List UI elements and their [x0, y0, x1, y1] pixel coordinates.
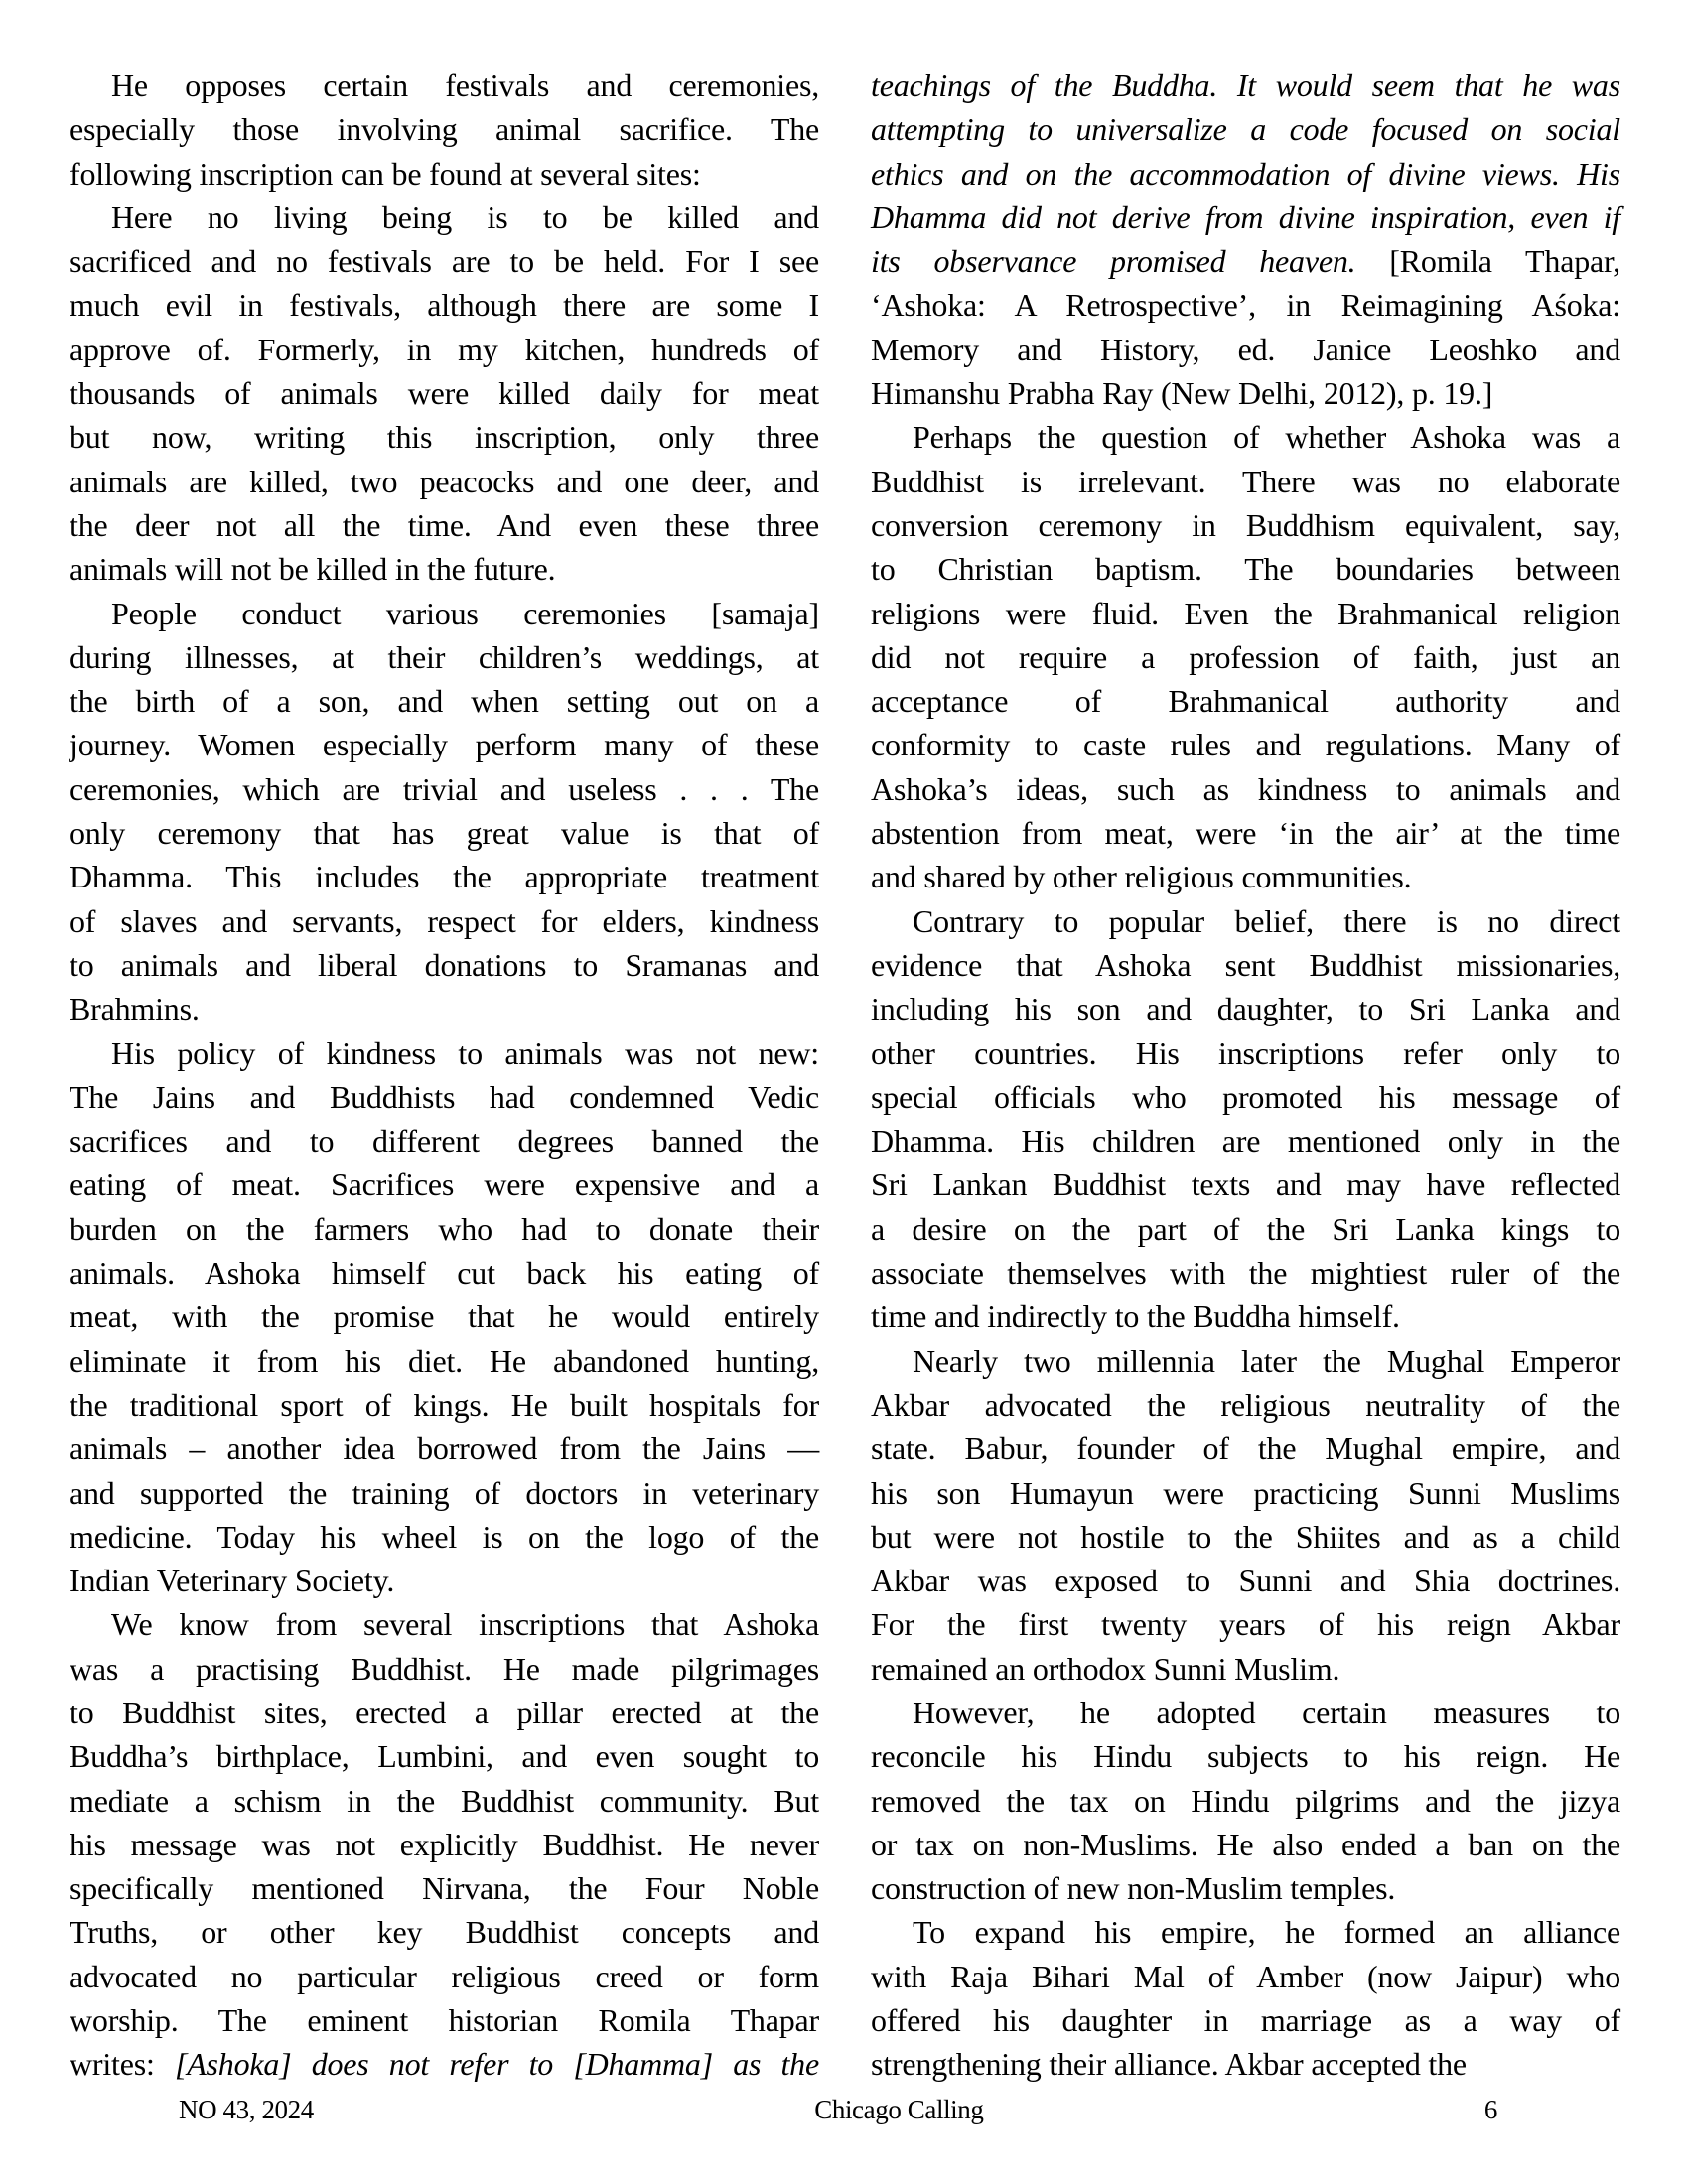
text-segment: but now, writing this inscription, only … [70, 419, 819, 455]
text-line: the deer not all the time. And even thes… [70, 503, 819, 547]
text-segment: The Jains and Buddhists had condemned Ve… [70, 1079, 819, 1115]
text-segment: worship. The eminent historian Romila Th… [70, 2002, 819, 2038]
text-line: journey. Women especially perform many o… [70, 723, 819, 766]
text-line: The Jains and Buddhists had condemned Ve… [70, 1075, 819, 1119]
text-line: only ceremony that has great value is th… [70, 811, 819, 855]
text-segment: ‘Ashoka: A Retrospective’, in Reimaginin… [871, 287, 1620, 323]
text-segment: Perhaps the question of whether Ashoka w… [913, 419, 1620, 455]
text-segment: conversion ceremony in Buddhism equivale… [871, 507, 1620, 543]
footer-publication-title: Chicago Calling [814, 2095, 983, 2125]
text-segment: Brahmins. [70, 991, 200, 1026]
text-line: We know from several inscriptions that A… [70, 1602, 819, 1646]
text-line: and supported the training of doctors in… [70, 1471, 819, 1515]
text-line: attempting to universalize a code focuse… [871, 107, 1620, 151]
text-line: but now, writing this inscription, only … [70, 415, 819, 459]
text-line: Sri Lankan Buddhist texts and may have r… [871, 1162, 1620, 1206]
text-line: abstention from meat, were ‘in the air’ … [871, 811, 1620, 855]
text-line: animals are killed, two peacocks and one… [70, 460, 819, 503]
text-line: Brahmins. [70, 987, 819, 1030]
text-line: teachings of the Buddha. It would seem t… [871, 64, 1620, 107]
text-segment: ceremonies, which are trivial and useles… [70, 771, 819, 807]
text-segment: during illnesses, at their children’s we… [70, 639, 819, 675]
text-line: Dhamma. His children are mentioned only … [871, 1119, 1620, 1162]
text-segment: Memory and History, ed. Janice Leoshko a… [871, 332, 1620, 367]
text-line: Nearly two millennia later the Mughal Em… [871, 1339, 1620, 1383]
text-line: but were not hostile to the Shiites and … [871, 1515, 1620, 1559]
text-line: associate themselves with the mightiest … [871, 1251, 1620, 1295]
text-line: or tax on non-Muslims. He also ended a b… [871, 1823, 1620, 1866]
text-line: sacrificed and no festivals are to be he… [70, 239, 819, 283]
text-line: Dhamma. This includes the appropriate tr… [70, 855, 819, 898]
text-segment: animals – another idea borrowed from the… [70, 1431, 819, 1466]
text-segment: remained an orthodox Sunni Muslim. [871, 1651, 1339, 1687]
text-segment: People conduct various ceremonies [samaj… [111, 596, 819, 631]
text-line: thousands of animals were killed daily f… [70, 371, 819, 415]
text-segment: to Buddhist sites, erected a pillar erec… [70, 1695, 819, 1730]
text-line: to Christian baptism. The boundaries bet… [871, 547, 1620, 591]
text-line: animals – another idea borrowed from the… [70, 1427, 819, 1470]
text-line: time and indirectly to the Buddha himsel… [871, 1295, 1620, 1338]
text-line: eliminate it from his diet. He abandoned… [70, 1339, 819, 1383]
text-segment: Nearly two millennia later the Mughal Em… [913, 1343, 1620, 1379]
text-segment: Himanshu Prabha Ray (New Delhi, 2012), p… [871, 375, 1492, 411]
text-segment: was a practising Buddhist. He made pilgr… [70, 1651, 819, 1687]
text-line: his message was not explicitly Buddhist.… [70, 1823, 819, 1866]
text-segment: meat, with the promise that he would ent… [70, 1298, 819, 1334]
text-line: mediate a schism in the Buddhist communi… [70, 1779, 819, 1823]
text-line: a desire on the part of the Sri Lanka ki… [871, 1207, 1620, 1251]
text-segment: Buddhist is irrelevant. There was no ela… [871, 464, 1620, 499]
text-line: medicine. Today his wheel is on the logo… [70, 1515, 819, 1559]
text-segment: acceptance of Brahmanical authority and [871, 683, 1620, 719]
text-segment: and shared by other religious communitie… [871, 859, 1411, 894]
text-line: conformity to caste rules and regulation… [871, 723, 1620, 766]
text-segment: animals are killed, two peacocks and one… [70, 464, 819, 499]
text-segment: sacrificed and no festivals are to be he… [70, 243, 819, 279]
text-line: animals will not be killed in the future… [70, 547, 819, 591]
text-line: offered his daughter in marriage as a wa… [871, 1998, 1620, 2042]
text-segment: especially those involving animal sacrif… [70, 111, 819, 147]
text-line: writes: [Ashoka] does not refer to [Dham… [70, 2042, 819, 2086]
text-line: including his son and daughter, to Sri L… [871, 987, 1620, 1030]
text-line: especially those involving animal sacrif… [70, 107, 819, 151]
text-segment: offered his daughter in marriage as a wa… [871, 2002, 1620, 2038]
text-line: was a practising Buddhist. He made pilgr… [70, 1647, 819, 1691]
text-line: its observance promised heaven. [Romila … [871, 239, 1620, 283]
text-line: the traditional sport of kings. He built… [70, 1383, 819, 1427]
text-line: Memory and History, ed. Janice Leoshko a… [871, 328, 1620, 371]
text-segment: including his son and daughter, to Sri L… [871, 991, 1620, 1026]
text-segment: only ceremony that has great value is th… [70, 815, 819, 851]
text-line: He opposes certain festivals and ceremon… [70, 64, 819, 107]
text-line: ‘Ashoka: A Retrospective’, in Reimaginin… [871, 283, 1620, 327]
italic-text-segment: attempting to universalize a code focuse… [871, 111, 1620, 147]
text-segment: Dhamma. This includes the appropriate tr… [70, 859, 819, 894]
text-line: other countries. His inscriptions refer … [871, 1031, 1620, 1075]
text-line: Buddhist is irrelevant. There was no ela… [871, 460, 1620, 503]
text-line: To expand his empire, he formed an allia… [871, 1910, 1620, 1954]
text-line: Himanshu Prabha Ray (New Delhi, 2012), p… [871, 371, 1620, 415]
text-segment: eliminate it from his diet. He abandoned… [70, 1343, 819, 1379]
text-line: Dhamma did not derive from divine inspir… [871, 196, 1620, 239]
text-line: evidence that Ashoka sent Buddhist missi… [871, 943, 1620, 987]
text-line: following inscription can be found at se… [70, 152, 819, 196]
text-line: worship. The eminent historian Romila Th… [70, 1998, 819, 2042]
text-line: remained an orthodox Sunni Muslim. [871, 1647, 1620, 1691]
text-segment: did not require a profession of faith, j… [871, 639, 1620, 675]
text-segment: mediate a schism in the Buddhist communi… [70, 1783, 819, 1819]
text-segment: time and indirectly to the Buddha himsel… [871, 1298, 1400, 1334]
text-line: state. Babur, founder of the Mughal empi… [871, 1427, 1620, 1470]
text-line: much evil in festivals, although there a… [70, 283, 819, 327]
text-line: reconcile his Hindu subjects to his reig… [871, 1734, 1620, 1778]
text-segment: the traditional sport of kings. He built… [70, 1387, 819, 1423]
text-segment: state. Babur, founder of the Mughal empi… [871, 1431, 1620, 1466]
text-line: meat, with the promise that he would ent… [70, 1295, 819, 1338]
italic-text-segment: [Ashoka] does not refer to [Dhamma] as t… [175, 2046, 819, 2082]
text-line: Akbar advocated the religious neutrality… [871, 1383, 1620, 1427]
italic-text-segment: ethics and on the accommodation of divin… [871, 156, 1620, 192]
text-segment: removed the tax on Hindu pilgrims and th… [871, 1783, 1620, 1819]
text-segment: the deer not all the time. And even thes… [70, 507, 819, 543]
text-line: For the first twenty years of his reign … [871, 1602, 1620, 1646]
text-line: strengthening their alliance. Akbar acce… [871, 2042, 1620, 2086]
text-segment: his message was not explicitly Buddhist.… [70, 1827, 819, 1862]
text-segment: animals will not be killed in the future… [70, 551, 555, 587]
text-segment: Indian Veterinary Society. [70, 1563, 394, 1598]
text-line: construction of new non-Muslim temples. [871, 1866, 1620, 1910]
text-segment: specifically mentioned Nirvana, the Four… [70, 1870, 819, 1906]
text-line: ethics and on the accommodation of divin… [871, 152, 1620, 196]
text-line: Here no living being is to be killed and [70, 196, 819, 239]
text-line: acceptance of Brahmanical authority and [871, 679, 1620, 723]
text-line: Buddha’s birthplace, Lumbini, and even s… [70, 1734, 819, 1778]
text-line: His policy of kindness to animals was no… [70, 1031, 819, 1075]
page-footer: NO 43, 2024 Chicago Calling 6 [179, 2095, 1497, 2125]
text-segment: To expand his empire, he formed an allia… [913, 1914, 1620, 1950]
text-line: Ashoka’s ideas, such as kindness to anim… [871, 767, 1620, 811]
left-column: He opposes certain festivals and ceremon… [70, 64, 819, 2087]
footer-page-number: 6 [1484, 2095, 1497, 2125]
text-line: Contrary to popular belief, there is no … [871, 899, 1620, 943]
text-segment: or tax on non-Muslims. He also ended a b… [871, 1827, 1620, 1862]
text-segment: approve of. Formerly, in my kitchen, hun… [70, 332, 819, 367]
text-line: Indian Veterinary Society. [70, 1559, 819, 1602]
text-line: the birth of a son, and when setting out… [70, 679, 819, 723]
text-line: sacrifices and to different degrees bann… [70, 1119, 819, 1162]
text-segment: He opposes certain festivals and ceremon… [111, 68, 819, 103]
text-segment: the birth of a son, and when setting out… [70, 683, 819, 719]
text-segment: Dhamma. His children are mentioned only … [871, 1123, 1620, 1159]
text-segment: and supported the training of doctors in… [70, 1475, 819, 1511]
text-line: special officials who promoted his messa… [871, 1075, 1620, 1119]
text-segment: but were not hostile to the Shiites and … [871, 1519, 1620, 1555]
text-segment: advocated no particular religious creed … [70, 1959, 819, 1994]
text-line: People conduct various ceremonies [samaj… [70, 592, 819, 635]
text-line: to animals and liberal donations to Sram… [70, 943, 819, 987]
text-line: and shared by other religious communitie… [871, 855, 1620, 898]
italic-text-segment: teachings of the Buddha. It would seem t… [871, 68, 1620, 103]
text-line: during illnesses, at their children’s we… [70, 635, 819, 679]
text-segment: burden on the farmers who had to donate … [70, 1211, 819, 1247]
document-page: He opposes certain festivals and ceremon… [0, 0, 1688, 2184]
text-segment: However, he adopted certain measures to [913, 1695, 1620, 1730]
text-segment: For the first twenty years of his reign … [871, 1606, 1620, 1642]
footer-issue-number: NO 43, 2024 [179, 2095, 314, 2125]
text-segment: special officials who promoted his messa… [871, 1079, 1620, 1115]
text-segment: following inscription can be found at se… [70, 156, 701, 192]
text-segment: reconcile his Hindu subjects to his reig… [871, 1738, 1620, 1774]
text-segment: abstention from meat, were ‘in the air’ … [871, 815, 1620, 851]
text-segment: eating of meat. Sacrifices were expensiv… [70, 1166, 819, 1202]
right-column: teachings of the Buddha. It would seem t… [871, 64, 1620, 2087]
italic-text-segment: Dhamma did not derive from divine inspir… [871, 200, 1620, 235]
text-line: advocated no particular religious creed … [70, 1955, 819, 1998]
text-segment: construction of new non-Muslim temples. [871, 1870, 1395, 1906]
text-line: to Buddhist sites, erected a pillar erec… [70, 1691, 819, 1734]
text-segment: Truths, or other key Buddhist concepts a… [70, 1914, 819, 1950]
text-segment: a desire on the part of the Sri Lanka ki… [871, 1211, 1620, 1247]
text-segment: sacrifices and to different degrees bann… [70, 1123, 819, 1159]
text-line: eating of meat. Sacrifices were expensiv… [70, 1162, 819, 1206]
italic-text-segment: its observance promised heaven. [871, 243, 1355, 279]
text-segment: Contrary to popular belief, there is no … [913, 903, 1620, 939]
text-line: his son Humayun were practicing Sunni Mu… [871, 1471, 1620, 1515]
text-line: animals. Ashoka himself cut back his eat… [70, 1251, 819, 1295]
text-segment: Ashoka’s ideas, such as kindness to anim… [871, 771, 1620, 807]
text-line: of slaves and servants, respect for elde… [70, 899, 819, 943]
text-segment: conformity to caste rules and regulation… [871, 727, 1620, 762]
text-line: However, he adopted certain measures to [871, 1691, 1620, 1734]
text-line: conversion ceremony in Buddhism equivale… [871, 503, 1620, 547]
text-segment: We know from several inscriptions that A… [111, 1606, 819, 1642]
text-line: approve of. Formerly, in my kitchen, hun… [70, 328, 819, 371]
text-segment: other countries. His inscriptions refer … [871, 1035, 1620, 1071]
text-segment: evidence that Ashoka sent Buddhist missi… [871, 947, 1620, 983]
text-line: burden on the farmers who had to donate … [70, 1207, 819, 1251]
text-segment: strengthening their alliance. Akbar acce… [871, 2046, 1467, 2082]
text-segment: writes: [70, 2046, 175, 2082]
text-segment: with Raja Bihari Mal of Amber (now Jaipu… [871, 1959, 1620, 1994]
text-line: Truths, or other key Buddhist concepts a… [70, 1910, 819, 1954]
text-segment: religions were fluid. Even the Brahmanic… [871, 596, 1620, 631]
text-segment: his son Humayun were practicing Sunni Mu… [871, 1475, 1620, 1511]
text-segment: of slaves and servants, respect for elde… [70, 903, 819, 939]
text-line: did not require a profession of faith, j… [871, 635, 1620, 679]
text-line: removed the tax on Hindu pilgrims and th… [871, 1779, 1620, 1823]
text-segment: Here no living being is to be killed and [111, 200, 819, 235]
text-segment: [Romila Thapar, [1355, 243, 1620, 279]
text-segment: Buddha’s birthplace, Lumbini, and even s… [70, 1738, 819, 1774]
text-line: with Raja Bihari Mal of Amber (now Jaipu… [871, 1955, 1620, 1998]
text-segment: to animals and liberal donations to Sram… [70, 947, 819, 983]
text-line: Perhaps the question of whether Ashoka w… [871, 415, 1620, 459]
text-segment: animals. Ashoka himself cut back his eat… [70, 1255, 819, 1291]
text-segment: Akbar advocated the religious neutrality… [871, 1387, 1620, 1423]
text-line: religions were fluid. Even the Brahmanic… [871, 592, 1620, 635]
text-segment: Akbar was exposed to Sunni and Shia doct… [871, 1563, 1620, 1598]
text-segment: His policy of kindness to animals was no… [111, 1035, 819, 1071]
text-segment: medicine. Today his wheel is on the logo… [70, 1519, 819, 1555]
text-segment: Sri Lankan Buddhist texts and may have r… [871, 1166, 1620, 1202]
text-line: specifically mentioned Nirvana, the Four… [70, 1866, 819, 1910]
text-line: ceremonies, which are trivial and useles… [70, 767, 819, 811]
text-segment: thousands of animals were killed daily f… [70, 375, 819, 411]
text-segment: journey. Women especially perform many o… [70, 727, 819, 762]
text-segment: to Christian baptism. The boundaries bet… [871, 551, 1620, 587]
text-line: Akbar was exposed to Sunni and Shia doct… [871, 1559, 1620, 1602]
text-segment: much evil in festivals, although there a… [70, 287, 819, 323]
text-segment: associate themselves with the mightiest … [871, 1255, 1620, 1291]
